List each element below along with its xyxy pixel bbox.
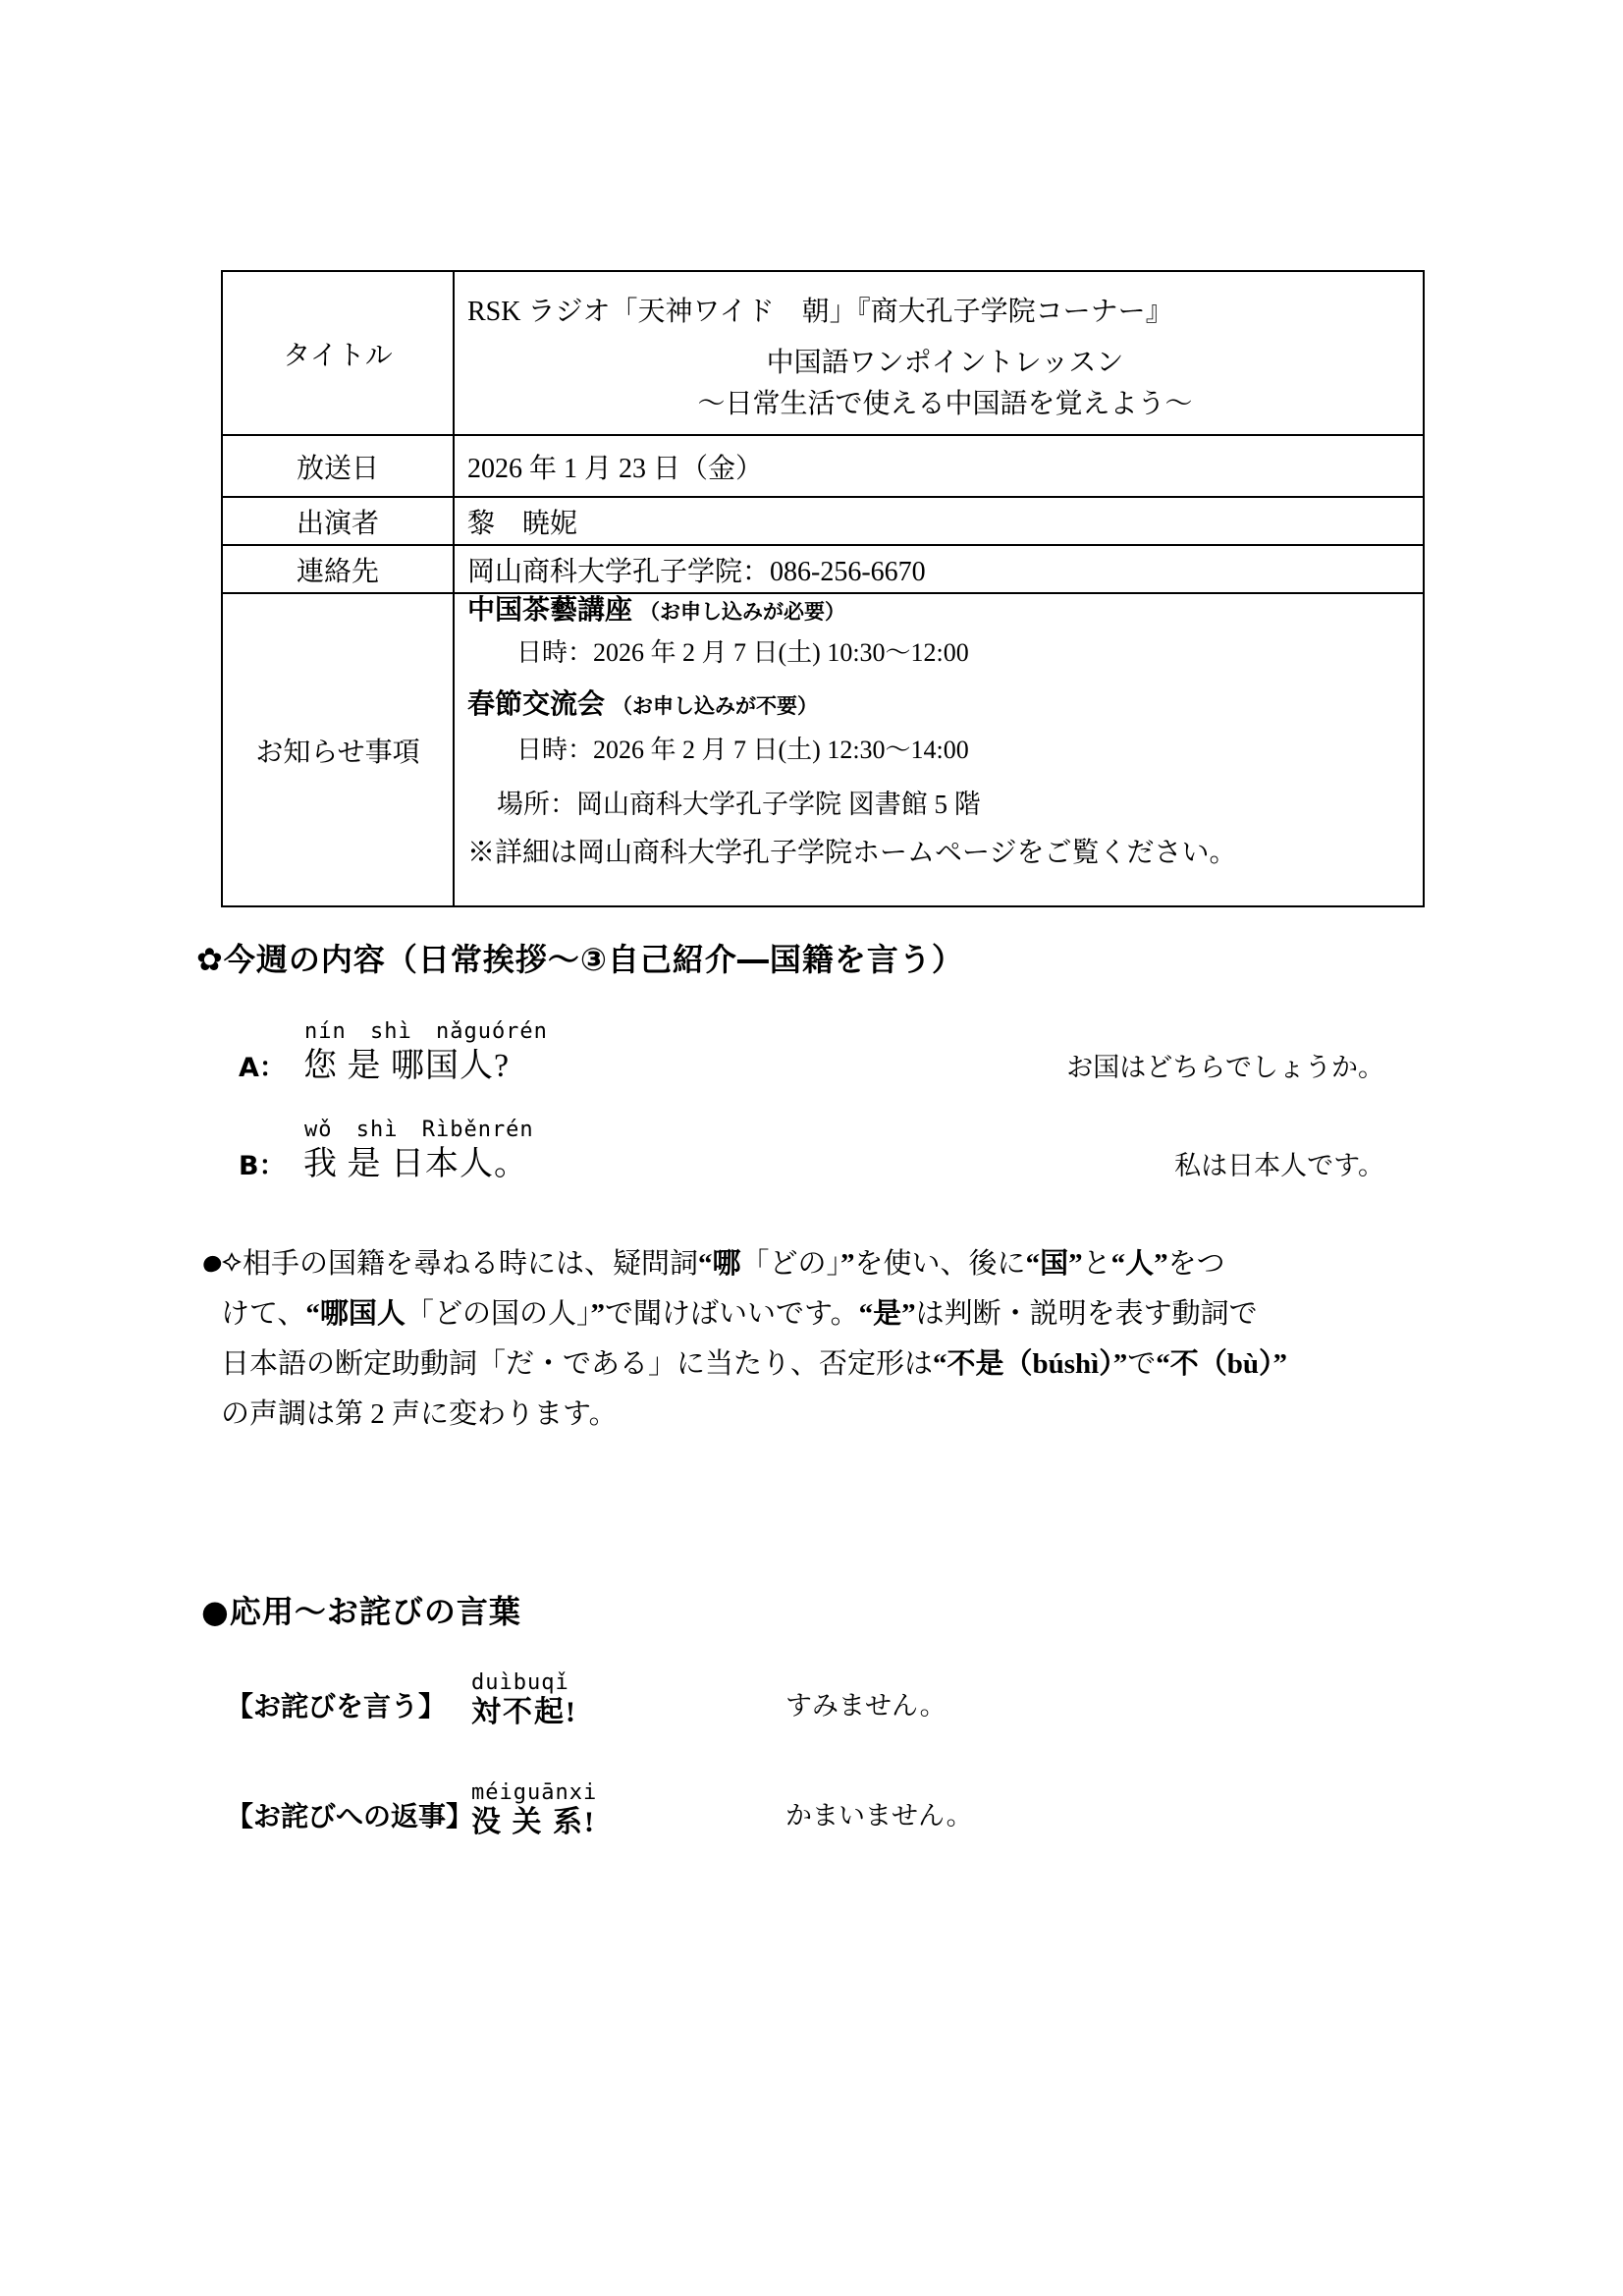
performer-value: 黎 暁妮 [454,497,1424,545]
title-row-label: タイトル [222,271,454,435]
dialog-a-speaker: A： [239,1047,303,1090]
apology-item1-label: 【お詫びを言う】 [226,1685,446,1724]
apology-item2-chinese: 没 关 系! [471,1805,597,1840]
note-line-4: の声調は第 2 声に変わります。 [201,1390,1468,1440]
pen-flourish-icon [201,1251,243,1275]
apology-item1-chinese: 対不起! [471,1695,577,1730]
apology-heading-text: 応用～お詫びの言葉 [230,1593,521,1630]
notice-event2-datetime: 日時：2026 年 2 月 7 日(土) 12:30～14:00 [467,734,1423,767]
grammar-note: 相手の国籍を尋ねる時には、疑問詞“哪「どの」”を使い、後に“国”と“人”をつ け… [201,1239,1468,1440]
broadcast-date-label: 放送日 [222,435,454,497]
performer-label: 出演者 [222,497,454,545]
event2-title-text: 春節交流会 [467,689,605,720]
dialog-b-chinese: 我 是 日本人。 [303,1143,528,1186]
dialog-b-row: B： 我 是 日本人。 私は日本人です。 [239,1143,1384,1188]
table-row-notice: お知らせ事項 中国茶藝講座 （お申し込みが必要） 日時：2026 年 2 月 7… [222,593,1424,906]
note-line-1: 相手の国籍を尋ねる時には、疑問詞“哪「どの」”を使い、後に“国”と“人”をつ [201,1239,1468,1289]
notice-value: 中国茶藝講座 （お申し込みが必要） 日時：2026 年 2 月 7 日(土) 1… [454,593,1424,906]
dialog-a-row: A： 您 是 哪国人? お国はどちらでしょうか。 [239,1045,1384,1090]
broadcast-date-value: 2026 年 1 月 23 日（金） [454,435,1424,497]
dialog-b-speaker: B： [239,1145,303,1188]
apology-item1-translation: すみません。 [785,1684,947,1722]
contact-value: 岡山商科大学孔子学院：086-256-6670 [454,545,1424,593]
dialog-a-pinyin: nín shì nǎguórén [304,1019,1384,1045]
document-page: タイトル RSK ラジオ「天神ワイド 朝」『商大孔子学院コーナー』 中国語ワンポ… [0,0,1623,2296]
apology-item1-pinyin: duìbuqǐ [471,1670,577,1695]
black-circle-icon: ● [201,1593,230,1630]
program-title-line3: ～日常生活で使える中国語を覚えよう～ [467,388,1423,421]
dialog-a-translation: お国はどちらでしょうか。 [1066,1046,1384,1089]
table-row-performer: 出演者 黎 暁妮 [222,497,1424,545]
note-line-2: けて、“哪国人「どの国の人」”で聞けばいいです。“是”は判断・説明を表す動詞で [201,1289,1468,1339]
week-heading-text: 今週の内容（日常挨拶～③自己紹介―国籍を言う） [224,941,964,978]
notice-remark: ※詳細は岡山商科大学孔子学院ホームページをご覧ください。 [467,837,1423,870]
table-row-broadcast-date: 放送日 2026 年 1 月 23 日（金） [222,435,1424,497]
black-florette-icon: ✿ [196,941,224,978]
apology-item2-pinyin: méiguānxi [471,1780,597,1805]
program-title-line1: RSK ラジオ「天神ワイド 朝」『商大孔子学院コーナー』 [467,272,1423,329]
notice-place: 場所：岡山商科大学孔子学院 図書館 5 階 [467,788,1423,821]
table-row-contact: 連絡先 岡山商科大学孔子学院：086-256-6670 [222,545,1424,593]
program-title-line2: 中国語ワンポイントレッスン [467,347,1423,380]
program-info-table: タイトル RSK ラジオ「天神ワイド 朝」『商大孔子学院コーナー』 中国語ワンポ… [221,270,1425,907]
event1-title-text: 中国茶藝講座 [467,595,632,626]
table-row-title: タイトル RSK ラジオ「天神ワイド 朝」『商大孔子学院コーナー』 中国語ワンポ… [222,271,1424,435]
event2-note: （お申し込みが不要） [612,694,818,718]
apology-item2-label: 【お詫びへの返事】 [226,1795,473,1834]
notice-event2-title: 春節交流会 （お申し込みが不要） [467,688,1423,723]
apology-item-reply: 【お詫びへの返事】 méiguānxi 没 关 系! かまいません。 [226,1766,1404,1842]
apology-item-say-sorry: 【お詫びを言う】 duìbuqǐ 対不起! すみません。 [226,1656,1404,1732]
week-section-heading: ✿今週の内容（日常挨拶～③自己紹介―国籍を言う） [196,935,964,980]
dialog-b-translation: 私は日本人です。 [1174,1144,1384,1187]
dialog-b-pinyin: wǒ shì Rìběnrén [304,1118,1384,1143]
dialog-a-chinese: 您 是 哪国人? [303,1045,510,1088]
dialogue-block: nín shì nǎguórén A： 您 是 哪国人? お国はどちらでしょうか… [239,1019,1384,1188]
note-line-3: 日本語の断定助動詞「だ・である」に当たり、否定形は“不是（búshì）”で“不（… [201,1339,1468,1390]
event1-note: （お申し込みが必要） [639,600,845,624]
notice-event1-datetime: 日時：2026 年 2 月 7 日(土) 10:30～12:00 [467,636,1423,670]
title-row-value: RSK ラジオ「天神ワイド 朝」『商大孔子学院コーナー』 中国語ワンポイントレッ… [454,271,1424,435]
notice-label: お知らせ事項 [222,593,454,906]
notice-event1-title: 中国茶藝講座 （お申し込みが必要） [467,594,1423,629]
apology-section-heading: ●応用～お詫びの言葉 [201,1587,521,1632]
contact-label: 連絡先 [222,545,454,593]
apology-item2-translation: かまいません。 [785,1794,973,1832]
apology-item2-chinese-block: méiguānxi 没 关 系! [471,1780,597,1840]
apology-item1-chinese-block: duìbuqǐ 対不起! [471,1670,577,1730]
